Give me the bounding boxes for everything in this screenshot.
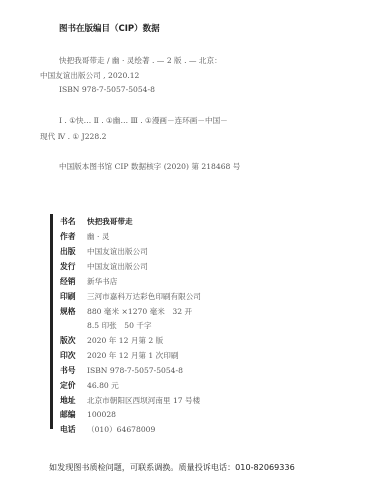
detail-label: 经销 — [60, 276, 87, 287]
detail-row-author: 作者 幽 · 灵 — [60, 229, 109, 243]
detail-value: 中国友谊出版公司 — [87, 246, 148, 257]
detail-row-isbn: 书号 ISBN 978-7-5057-5054-8 — [60, 363, 183, 377]
detail-value: ISBN 978-7-5057-5054-8 — [87, 366, 183, 375]
detail-label: 定价 — [60, 380, 87, 391]
detail-label: 地址 — [60, 395, 87, 406]
detail-label: 作者 — [60, 231, 87, 242]
quality-complaint-notice: 如发现图书质检问题，可联系调换。质量投诉电话：010-82069336 — [49, 462, 295, 473]
detail-label: 发行 — [60, 261, 87, 272]
detail-row-phone: 电话 （010）64678009 — [60, 422, 155, 436]
detail-label: 书名 — [60, 216, 87, 227]
detail-row-printer: 印刷 三河市嘉科万达彩色印刷有限公司 — [60, 289, 201, 303]
cip-classification-line1: Ⅰ . ①快… Ⅱ . ①幽… Ⅲ . ①漫画－连环画－中国－ — [59, 115, 228, 126]
detail-row-format-cont: 8.5 印张 50 千字 — [60, 318, 152, 332]
detail-label: 规格 — [60, 306, 87, 317]
detail-label: 电话 — [60, 424, 87, 435]
detail-row-address: 地址 北京市朝阳区西坝河南里 17 号楼 — [60, 393, 200, 407]
detail-value: 2020 年 12 月第 1 次印刷 — [87, 350, 178, 361]
detail-value: 880 毫米 ×1270 毫米 32 开 — [87, 306, 192, 317]
detail-row-price: 定价 46.80 元 — [60, 378, 119, 392]
detail-label: 书号 — [60, 365, 87, 376]
detail-row-printing: 印次 2020 年 12 月第 1 次印刷 — [60, 348, 178, 362]
detail-label: 邮编 — [60, 409, 87, 420]
detail-label: 印次 — [60, 350, 87, 361]
cip-line-title-author: 快把我哥带走 / 幽 · 灵绘著 . — 2 版 . — 北京： — [59, 55, 222, 66]
cip-title: 图书在版编目（CIP）数据 — [59, 22, 160, 34]
detail-row-publisher: 出版 中国友谊出版公司 — [60, 244, 148, 258]
detail-value: 新华书店 — [87, 276, 117, 287]
cip-isbn: ISBN 978-7-5057-5054-8 — [59, 85, 155, 94]
cip-classification-line2: 现代 Ⅳ . ① J228.2 — [40, 131, 106, 142]
cip-line-publisher: 中国友谊出版公司 , 2020.12 — [40, 70, 139, 81]
detail-label: 出版 — [60, 246, 87, 257]
detail-row-seller: 经销 新华书店 — [60, 274, 117, 288]
detail-row-title: 书名 快把我哥带走 — [60, 214, 133, 228]
detail-row-edition: 版次 2020 年 12 月第 2 版 — [60, 333, 163, 347]
detail-value: 46.80 元 — [87, 380, 119, 391]
detail-value: 快把我哥带走 — [87, 216, 133, 227]
detail-row-format: 规格 880 毫米 ×1270 毫米 32 开 — [60, 304, 192, 318]
detail-label: 版次 — [60, 335, 87, 346]
detail-label: 印刷 — [60, 291, 87, 302]
detail-value: 幽 · 灵 — [87, 231, 109, 242]
detail-row-distributor: 发行 中国友谊出版公司 — [60, 259, 148, 273]
details-accent-bar — [50, 214, 53, 429]
detail-value: 北京市朝阳区西坝河南里 17 号楼 — [87, 395, 200, 406]
detail-value: 中国友谊出版公司 — [87, 261, 148, 272]
detail-value: （010）64678009 — [87, 424, 155, 435]
detail-value: 8.5 印张 50 千字 — [87, 320, 152, 331]
detail-value: 100028 — [87, 410, 116, 419]
detail-row-postcode: 邮编 100028 — [60, 407, 116, 421]
detail-value: 2020 年 12 月第 2 版 — [87, 335, 163, 346]
detail-value: 三河市嘉科万达彩色印刷有限公司 — [87, 291, 201, 302]
cip-verification-number: 中国版本图书馆 CIP 数据核字 (2020) 第 218468 号 — [59, 161, 240, 172]
